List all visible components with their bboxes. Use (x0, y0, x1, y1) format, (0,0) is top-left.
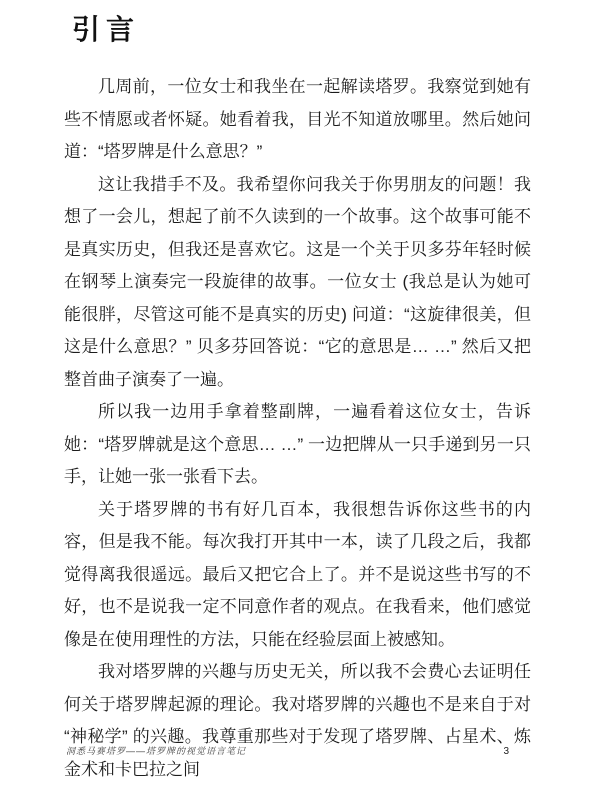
chapter-heading: 引言 (0, 0, 593, 47)
page-footer: 洞悉马赛塔罗——塔罗牌的视觉语言笔记 3 (66, 744, 531, 757)
body-paragraph: 这让我措手不及。我希望你问我关于你男朋友的问题！我想了一会儿，想起了前不久读到的… (64, 169, 531, 397)
document-body: 几周前，一位女士和我坐在一起解读塔罗。我察觉到她有些不情愿或者怀疑。她看着我，目… (0, 71, 593, 786)
body-paragraph: 所以我一边用手拿着整副牌，一遍看着这位女士，告诉她：“塔罗牌就是这个意思… …”… (64, 396, 531, 494)
body-paragraph: 几周前，一位女士和我坐在一起解读塔罗。我察觉到她有些不情愿或者怀疑。她看着我，目… (64, 71, 531, 169)
footer-book-title: 洞悉马赛塔罗——塔罗牌的视觉语言笔记 (66, 744, 246, 757)
document-page: 引言 几周前，一位女士和我坐在一起解读塔罗。我察觉到她有些不情愿或者怀疑。她看着… (0, 0, 593, 795)
page-number: 3 (503, 746, 509, 757)
body-paragraph: 关于塔罗牌的书有好几百本，我很想告诉你这些书的内容，但是我不能。每次我打开其中一… (64, 494, 531, 657)
body-paragraph: 我对塔罗牌的兴趣与历史无关，所以我不会费心去证明任何关于塔罗牌起源的理论。我对塔… (64, 656, 531, 786)
